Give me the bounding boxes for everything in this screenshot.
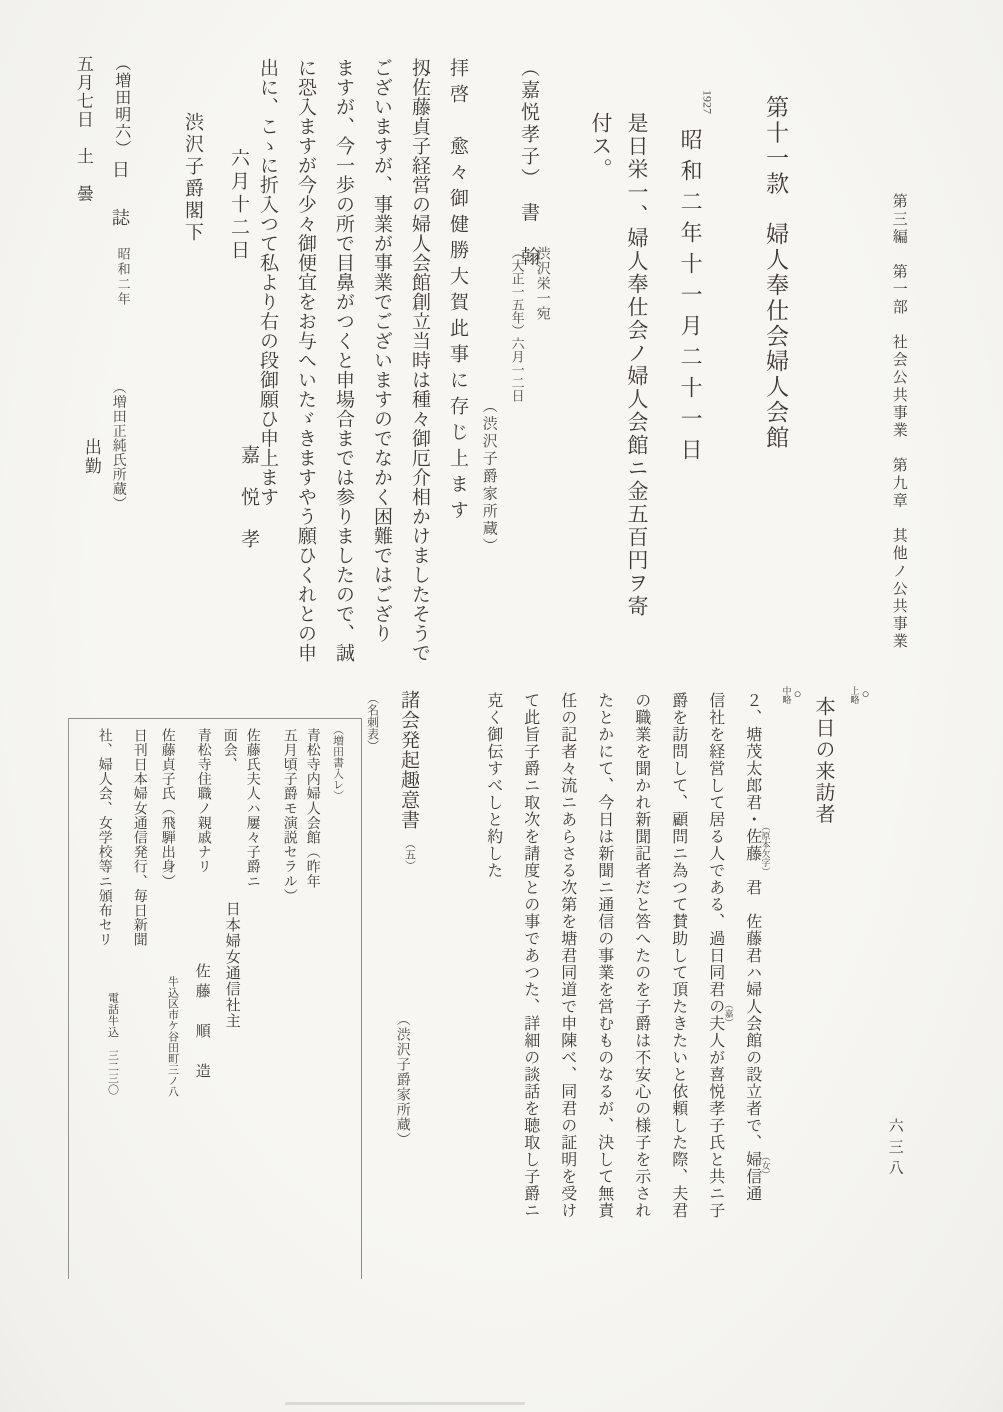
letter-body-col: ございますが、事業が事業でございますのでなかく困難ではござり [371,58,391,643]
annotation-col: 社、婦人会、女学校等ニ頒布セリ [96,728,111,947]
omission-mark-mid: ○中略 [781,686,804,704]
diary-body-col: の職業を聞かれ新聞記者だと答へたのを子爵は不安心の様子を示され [632,692,649,1219]
scanned-document-page: 第三編 第一部 社会公共事業 第九章 其他ノ公共事業 第十一款 婦人奉仕会婦人会… [0,0,1003,1412]
scan-smudge [285,1402,525,1405]
name-card-label: （名刺表） [366,692,379,752]
card-person-name: 佐藤 順 造 [193,963,209,1083]
next-doc-number: （五） [403,838,415,871]
note-female: （女） [760,1152,769,1179]
letter-body-col: 出に、こゝに折入つて私より右の段御願ひ申上ます [257,58,277,507]
letter-heading: （嘉悦孝子） 書 翰 [518,58,538,269]
card-address: 牛込区市ケ谷田町三ノ八 [166,976,178,1097]
annotator-label: （増田書入レ） [331,724,343,801]
letter-source: （渋沢子爵家所蔵） [480,398,496,556]
letter-addressee-line: 渋沢子爵閣下 [182,112,202,244]
note-original-missing-char: （原本欠字） [760,822,769,876]
note-kae: （嘉） [723,1000,732,1027]
diary-body-col: 任の記者々流ニあらさる次第を塘君同道で申陳べ、同君の証明を受け [558,692,575,1219]
page-number: 六三八 [886,1118,902,1181]
letter-date-note: （大正一五年）六月一二日 [510,246,524,402]
diary-attendance: 出勤 [82,438,100,476]
letter-signature: 嘉 悦 孝 [238,445,258,550]
card-phone: 電話牛込 三二三〇 [106,992,118,1096]
annotation-col: 面会、 [221,728,236,772]
annotation-col: 青松寺住職ノ親戚ナリ [195,728,210,874]
omission-circle: ○ [858,686,872,704]
omission-label: 上略 [849,686,858,704]
diary-entry-date: 五月七日 土 曇 [74,55,92,203]
annotation-col: 五月頃子爵モ演説セラル） [281,728,296,903]
diary-body-col: たとかにて、今日は新聞ニ通信の事業を営むものなるが、決して無責 [595,692,612,1219]
diary-body-col: ２、塘茂太郎君・佐藤 君 佐藤君ハ婦人会館の設立者で、婦信通 [743,692,760,1202]
visitors-heading: 本日の来訪者 [812,696,833,825]
diary-heading-title: 日 誌 [110,160,129,232]
summary-col-2: 付ス。 [590,112,612,181]
diary-heading-year: 昭和二年 [116,247,130,307]
running-head: 第三編 第一部 社会公共事業 第九章 其他ノ公共事業 [890,193,906,651]
letter-body-col: 扨佐藤貞子経営の婦人会館創立当時は種々御厄介相かけましたそうで [409,58,429,663]
diary-body-col: 爵を訪問して、顧問ニ為つて賛助して頂たきたいと依頼した際、夫君 [669,692,686,1219]
diary-body-col: て此旨子爵ニ取次を請度との事であつた、詳細の談話を聴取し子爵ニ [521,692,538,1219]
diary-body-col: 克く御伝すべしと約した [484,692,501,879]
letter-date-line: 六月十二日 [228,148,248,263]
letter-addressee-note: 渋沢栄一宛 [534,246,549,321]
section-title: 第十一款 婦人奉仕会婦人会館 [763,95,787,451]
next-doc-title: 諸会発起趣意書 [398,690,418,830]
card-company-title: 日本婦女通信社主 [223,901,239,1029]
omission-label: 中略 [781,686,790,704]
summary-col-1: 是日栄一、婦人奉仕会ノ婦人会館ニ金五百円ヲ寄 [626,112,648,618]
section-date: 昭和二年十一月二十一日 [679,128,702,469]
letter-body-col: ますが、今一歩の所で目鼻がつくと申場合までは参りましたので、誠 [333,58,353,663]
omission-circle: ○ [790,686,804,704]
letter-body-col: 拝啓 愈々御健勝大賀此事に存じ上ます [447,58,467,526]
annotation-col: 日刊日本婦女通信発行、毎日新聞 [131,728,146,947]
diary-heading-author: （増田明六） [112,55,129,157]
annotation-col: 佐藤貞子氏（飛騨出身） [159,728,174,889]
omission-mark-top: ○上略 [849,686,872,704]
diary-body-col: 信社を経営して居る人である、過日同君の夫人が喜悦孝子氏と共ニ子 [706,692,723,1219]
annotation-col: 佐藤氏夫人ハ屢々子爵ニ [244,728,259,889]
annotation-col: 青松寺内婦人会館（昨年 [304,728,319,889]
section-year-western: 1927 [701,90,714,114]
diary-source: （増田正純氏所蔵） [110,380,125,511]
letter-body-col: に恐入ますが今少々御便宜をお与へいたゞきますやう願ひくれとの申 [295,58,315,663]
next-doc-source: （渋沢子爵家所蔵） [394,1012,409,1147]
